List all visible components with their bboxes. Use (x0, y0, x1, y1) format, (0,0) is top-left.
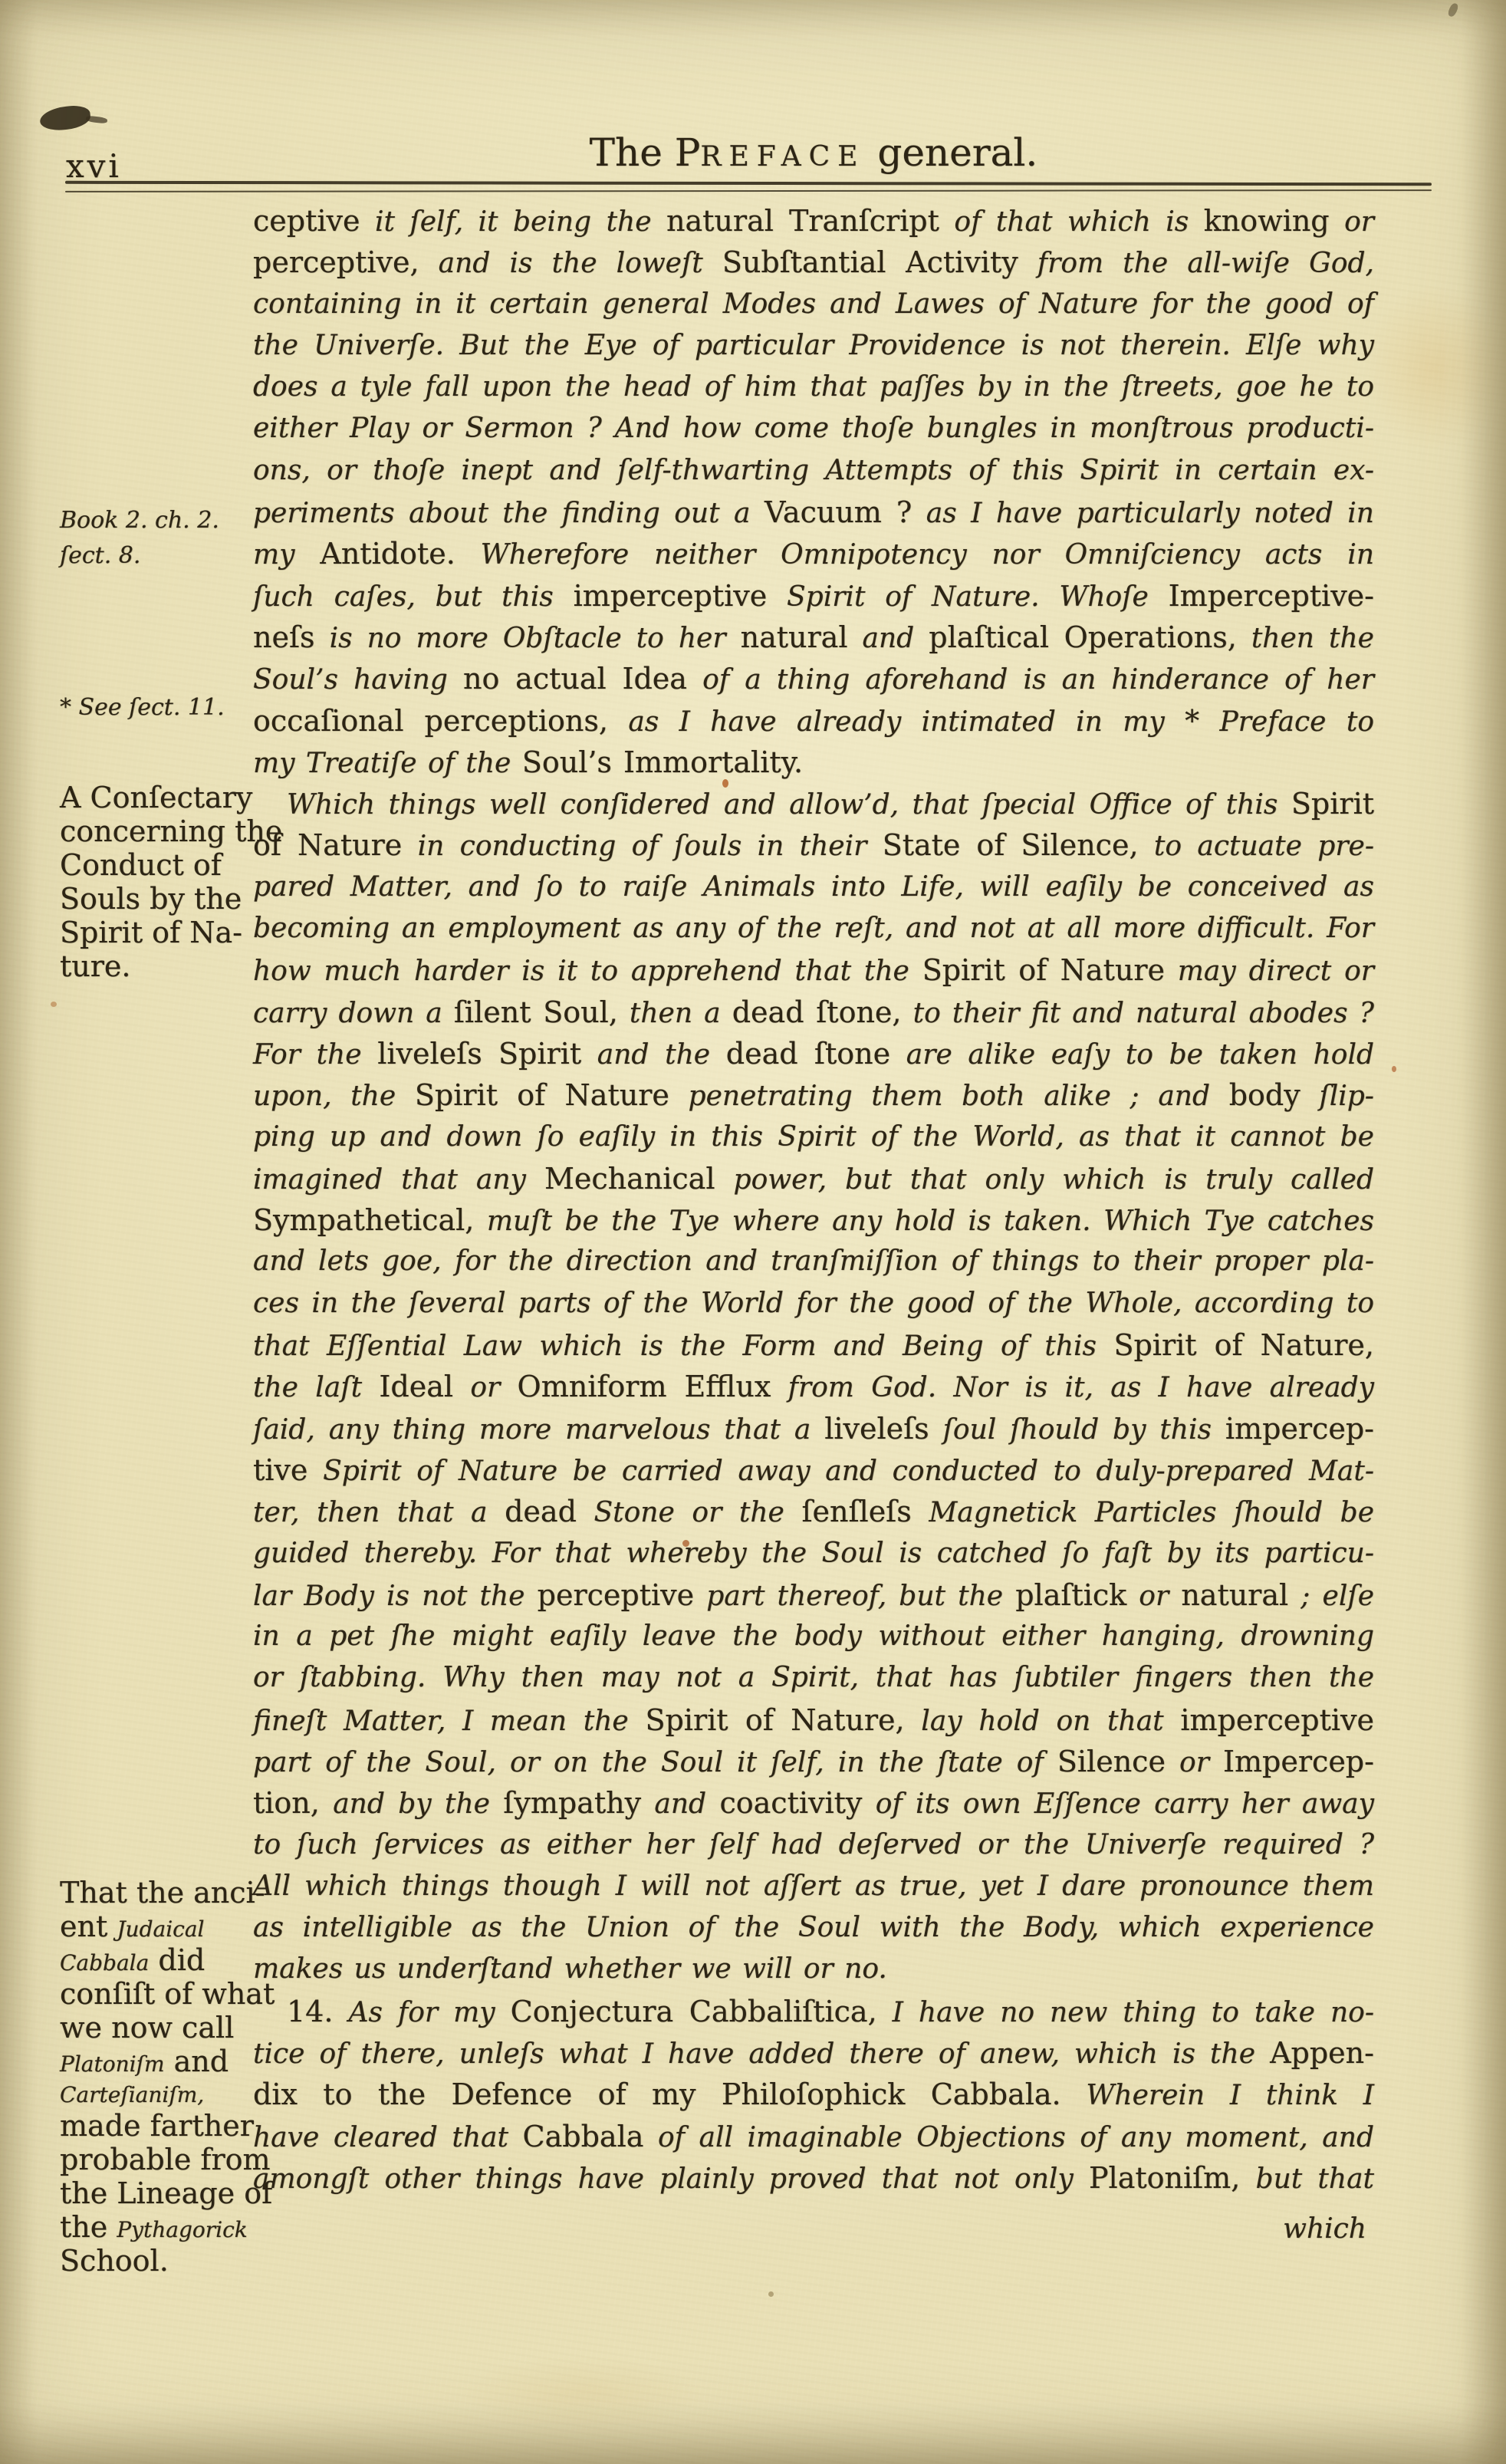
roman-text-segment: dead (505, 1495, 577, 1528)
italic-text-segment: or (1166, 1747, 1223, 1778)
margin-note-line: made farther (60, 2110, 253, 2144)
italic-text-segment: Spirit of Nature. Whoſe (767, 581, 1168, 613)
text-line: ceptive it ſelf, it being the natural Tr… (253, 200, 1374, 242)
roman-text-segment: did (149, 1943, 205, 1977)
text-line: upon, the Spirit of Nature penetrating t… (253, 1074, 1374, 1116)
roman-text-segment: ſenſleſs (801, 1495, 911, 1528)
italic-text-segment: the laſt (253, 1372, 379, 1403)
italic-text-segment: periments about the finding out a (253, 498, 765, 529)
italic-text-segment: as I have already intimated in my (608, 706, 1185, 738)
roman-text-segment: Spirit of Nature, (645, 1703, 904, 1737)
text-line: as intelligible as the Union of the Soul… (253, 1907, 1374, 1949)
roman-text-segment: Mechanical (544, 1162, 715, 1196)
margin-note: * See ſect. 11. (60, 690, 253, 725)
text-line: or ſtabbing. Why then may not a Spirit, … (253, 1657, 1374, 1699)
roman-text-segment: probable from (60, 2143, 271, 2176)
roman-text-segment: Ideal (379, 1370, 453, 1403)
italic-text-segment: Stone or the (577, 1497, 802, 1528)
italic-text-segment: of a thing aforehand is an hinderance of… (687, 664, 1374, 696)
margin-note-line: Book 2. ch. 2. (60, 503, 253, 538)
italic-text-segment: All which things though I will not aſſer… (253, 1870, 1374, 1902)
roman-text-segment: Spirit of Nature, (1113, 1328, 1374, 1362)
text-line: Soul’s having no actual Idea of a thing … (253, 658, 1374, 699)
margin-note-line: we now call (60, 2012, 253, 2046)
italic-text-segment: or (1126, 1581, 1181, 1612)
roman-text-segment: Spirit of Na- (60, 916, 242, 949)
italic-text-segment: part of the Soul, or on the Soul it ſelf… (253, 1747, 1057, 1778)
text-line: 14. As for my Conjectura Cabbaliſtica, I… (253, 1991, 1374, 2032)
header-rule-top (65, 181, 1432, 186)
roman-text-segment: Conjectura Cabbaliſtica, (511, 1995, 877, 2028)
roman-text-segment: Imperceptive- (1169, 579, 1374, 613)
running-title: The PREFACE general. (253, 130, 1374, 175)
italic-text-segment: As for my (333, 1997, 510, 2028)
book-page-scan: xvi The PREFACE general. Book 2. ch. 2.ſ… (0, 0, 1506, 2464)
italic-text-segment: Judaical (117, 1916, 204, 1942)
roman-text-segment: School. (60, 2244, 169, 2278)
roman-text-segment: no actual Idea (463, 662, 687, 696)
roman-text-segment: tion, (253, 1786, 320, 1820)
italic-text-segment: or (1330, 206, 1374, 238)
italic-text-segment: as I have particularly noted in (912, 498, 1374, 529)
italic-text-segment: Magnetick Particles ſhould be (912, 1497, 1374, 1528)
roman-text-segment: Spirit (1291, 787, 1374, 821)
margin-note: Book 2. ch. 2.ſect. 8. (60, 503, 253, 574)
roman-text-segment: That the anci- (60, 1876, 265, 1910)
text-line: does a tyle fall upon the head of him th… (253, 367, 1374, 408)
text-line: to ſuch ſervices as either her ſelf had … (253, 1824, 1374, 1866)
italic-text-segment: Which things well conſidered and allow’d… (287, 789, 1291, 821)
margin-note-line: Spirit of Na- (60, 917, 253, 951)
italic-text-segment: and the (581, 1039, 726, 1071)
text-line: tice of there, unleſs what I have added … (253, 2032, 1374, 2074)
italic-text-segment: lar Body is not the (253, 1581, 538, 1612)
italic-text-segment: ons, or thoſe inept and ſelf-thwarting A… (253, 455, 1374, 486)
roman-text-segment: concerning the (60, 814, 282, 848)
text-line: the Univerſe. But the Eye of particular … (253, 325, 1374, 367)
italic-text-segment: to ſuch ſervices as either her ſelf had … (253, 1829, 1374, 1860)
margin-note-line: probable from (60, 2144, 253, 2178)
margin-note-line: That the anci- (60, 1877, 253, 1911)
text-line: part of the Soul, or on the Soul it ſelf… (253, 1741, 1374, 1782)
margin-note-line: A Conſectary (60, 782, 253, 816)
italic-text-segment: ſect. 8. (60, 542, 140, 569)
italic-text-segment: power, but that only which is truly call… (715, 1164, 1374, 1196)
margin-note-line: Carteſianiſm, (60, 2080, 253, 2110)
roman-text-segment: we now call (60, 2011, 234, 2045)
text-line: tion, and by the ſympathy and coactivity… (253, 1782, 1374, 1824)
italic-text-segment: or ſtabbing. Why then may not a Spirit, … (253, 1662, 1374, 1693)
italic-text-segment: Pythagorick (117, 2217, 247, 2242)
italic-text-segment: lay hold on that (905, 1706, 1181, 1737)
text-line: periments about the finding out a Vacuum… (253, 492, 1374, 533)
roman-text-segment: Omniform Efflux (518, 1370, 771, 1403)
text-line: carry down a ſilent Soul, then a dead ſt… (253, 992, 1374, 1033)
italic-text-segment: Cabbala (60, 1950, 149, 1975)
margin-note-line: ent Judaical (60, 1911, 253, 1945)
italic-text-segment: my Treatiſe of the (253, 748, 522, 779)
text-line: ter, then that a dead Stone or the ſenſl… (253, 1491, 1374, 1532)
italic-text-segment: muſt be the Tye where any hold is taken.… (474, 1206, 1374, 1237)
roman-text-segment: perceptive (538, 1578, 694, 1612)
margin-note-line: the Lineage of (60, 2178, 253, 2212)
roman-text-segment: imperceptive (574, 579, 768, 613)
italic-text-segment: Soul’s having (253, 664, 463, 696)
italic-text-segment: from God. Nor is it, as I have already (771, 1372, 1374, 1403)
margin-note: A Conſectaryconcerning theConduct ofSoul… (60, 782, 253, 985)
italic-text-segment: of its own Eſſence carry her away (862, 1788, 1374, 1820)
text-line: containing in it certain general Modes a… (253, 284, 1374, 325)
roman-text-segment: Subſtantial Activity (722, 245, 1018, 279)
running-title-cap: P (675, 130, 701, 175)
italic-text-segment: that Eſſential Law which is the Form and… (253, 1331, 1113, 1362)
italic-text-segment: either Play or Sermon ? And how come tho… (253, 413, 1374, 444)
paper-stain (1365, 284, 1503, 452)
text-line: becoming an employment as any of the reſ… (253, 908, 1374, 949)
margin-notes-column: Book 2. ch. 2.ſect. 8.* See ſect. 11.A C… (0, 0, 253, 2464)
roman-text-segment: Spirit of Nature (415, 1078, 669, 1112)
text-line: either Play or Sermon ? And how come tho… (253, 408, 1374, 449)
italic-text-segment: ; elſe (1288, 1581, 1374, 1612)
catchword-line: which (253, 2213, 1366, 2245)
text-line: occaſional perceptions, as I have alread… (253, 700, 1374, 742)
text-line: of Nature in conducting of ſouls in thei… (253, 824, 1374, 866)
italic-text-segment: Platoniſm (60, 2051, 165, 2077)
roman-text-segment: Soul’s Immortality. (522, 745, 803, 779)
roman-text-segment: Souls by the (60, 882, 242, 916)
foxing-spot (1392, 1066, 1396, 1072)
roman-text-segment: Cabbala (523, 2120, 644, 2153)
italic-text-segment: Preface to (1199, 706, 1374, 738)
roman-text-segment: dix to the Defence of my Philoſophick Ca… (253, 2077, 1061, 2111)
roman-text-segment: ture. (60, 949, 130, 983)
italic-text-segment: of all imaginable Objections of any mome… (643, 2122, 1374, 2153)
margin-note-line: ſect. 8. (60, 538, 253, 574)
roman-text-segment: imperceptive (1180, 1703, 1374, 1737)
margin-note-line: * See ſect. 11. (60, 690, 253, 725)
margin-note-line: Platoniſm and (60, 2046, 253, 2080)
italic-text-segment: ſoul ſhould by this (929, 1414, 1225, 1446)
italic-text-segment: pared Matter, and ſo to raiſe Animals in… (253, 871, 1374, 903)
italic-text-segment: guided thereby. For that whereby the Sou… (253, 1538, 1374, 1569)
roman-text-segment: State of Silence, (883, 828, 1139, 862)
foxing-spot (768, 2291, 774, 2297)
italic-text-segment: Book 2. ch. 2. (60, 507, 219, 534)
text-line: how much harder is it to apprehend that … (253, 949, 1374, 991)
roman-text-segment: natural (1181, 1578, 1288, 1612)
roman-text-segment: plaſtical Operations, (929, 620, 1237, 654)
margin-note-line: Souls by the (60, 883, 253, 917)
body-text-column: ceptive it ſelf, it being the natural Tr… (253, 200, 1374, 2199)
italic-text-segment: to their fit and natural abodes ? (902, 998, 1374, 1029)
italic-text-segment: * See ſect. 11. (60, 694, 225, 721)
text-line: ons, or thoſe inept and ſelf-thwarting A… (253, 450, 1374, 492)
text-line: ſaid, any thing more marvelous that a li… (253, 1408, 1374, 1449)
margin-note: That the anci-ent JudaicalCabbala didcon… (60, 1877, 253, 2279)
italic-text-segment: is no more Obſtacle to her (315, 623, 741, 654)
roman-text-segment: body (1229, 1078, 1300, 1112)
italic-text-segment: my (253, 539, 320, 571)
roman-text-segment: dead ſtone, (732, 995, 902, 1029)
italic-text-segment: from the all-wiſe God, (1018, 248, 1374, 279)
roman-text-segment: Impercep- (1223, 1745, 1374, 1778)
text-line: in a pet ſhe might eaſily leave the body… (253, 1616, 1374, 1657)
italic-text-segment: does a tyle fall upon the head of him th… (253, 371, 1374, 403)
margin-note-line: ture. (60, 951, 253, 985)
text-line: Sympathetical, muſt be the Tye where any… (253, 1199, 1374, 1241)
roman-text-segment: coactivity (719, 1786, 862, 1820)
italic-text-segment: For the (253, 1039, 377, 1071)
roman-text-segment: 14. (287, 1995, 333, 2028)
roman-text-segment: the Lineage of (60, 2176, 272, 2210)
roman-text-segment: ſilent Soul, (454, 995, 618, 1029)
roman-text-segment: tive (253, 1453, 307, 1487)
running-title-the: The (590, 130, 675, 175)
italic-text-segment: part thereof, but the (694, 1581, 1015, 1612)
roman-text-segment: neſs (253, 620, 315, 654)
text-line: pared Matter, and ſo to raiſe Animals in… (253, 867, 1374, 908)
text-line: imagined that any Mechanical power, but … (253, 1158, 1374, 1199)
italic-text-segment: are alike eaſy to be taken hold (890, 1039, 1374, 1071)
text-line: fineſt Matter, I mean the Spirit of Natu… (253, 1699, 1374, 1741)
margin-note-line: the Pythagorick (60, 2212, 253, 2245)
italic-text-segment: ping up and down ſo eaſily in this Spiri… (253, 1121, 1374, 1153)
italic-text-segment: ſaid, any thing more marvelous that a (253, 1414, 824, 1446)
roman-text-segment: Conduct of (60, 848, 222, 882)
roman-text-segment: the (60, 2210, 117, 2244)
roman-text-segment: ent (60, 1910, 117, 1943)
italic-text-segment: in conducting of ſouls in their (402, 831, 882, 862)
text-line: my Antidote. Wherefore neither Omnipoten… (253, 533, 1374, 574)
paper-stain (460, 2354, 705, 2431)
roman-text-segment: knowing (1204, 204, 1330, 238)
roman-text-segment: natural (741, 620, 848, 654)
text-line: All which things though I will not aſſer… (253, 1866, 1374, 1907)
text-line: and lets goe, for the direction and tran… (253, 1241, 1374, 1282)
text-line: perceptive, and is the loweſt Subſtantia… (253, 242, 1374, 283)
italic-text-segment: and is the loweſt (419, 248, 722, 279)
scan-speck-artifact (1447, 2, 1460, 18)
roman-text-segment: liveleſs Spirit (377, 1037, 581, 1071)
italic-text-segment: Spirit of Nature be carried away and con… (307, 1456, 1374, 1487)
italic-text-segment: containing in it certain general Modes a… (253, 288, 1374, 320)
roman-text-segment: A Conſectary (60, 781, 252, 814)
italic-text-segment: Carteſianiſm, (60, 2082, 204, 2107)
roman-text-segment: Antidote. (320, 537, 455, 571)
margin-note-line: School. (60, 2245, 253, 2279)
italic-text-segment: becoming an employment as any of the reſ… (253, 913, 1374, 944)
italic-text-segment: ſlip- (1300, 1081, 1374, 1112)
italic-text-segment: it ſelf, it being the (360, 206, 666, 238)
running-title-caps: REFACE (700, 141, 865, 173)
roman-text-segment: made farther (60, 2109, 254, 2143)
italic-text-segment: fineſt Matter, I mean the (253, 1706, 645, 1737)
italic-text-segment: Wherein I think I (1061, 2080, 1374, 2111)
text-line: have cleared that Cabbala of all imagina… (253, 2116, 1374, 2157)
catchword: which (1283, 2213, 1366, 2245)
roman-text-segment: Sympathetical, (253, 1203, 474, 1237)
text-line: neſs is no more Obſtacle to her natural … (253, 617, 1374, 658)
margin-note-line: concerning the (60, 816, 253, 850)
italic-text-segment: and (847, 623, 929, 654)
italic-text-segment: imagined that any (253, 1164, 544, 1196)
italic-text-segment: how much harder is it to apprehend that … (253, 956, 922, 987)
roman-text-segment: ceptive (253, 204, 360, 238)
italic-text-segment: have cleared that (253, 2122, 523, 2153)
text-line: For the liveleſs Spirit and the dead ſto… (253, 1033, 1374, 1074)
italic-text-segment: of that which is (939, 206, 1204, 238)
italic-text-segment: Wherefore neither Omnipotency nor Omniſc… (455, 539, 1374, 571)
italic-text-segment: and (641, 1788, 719, 1820)
italic-text-segment: ter, then that a (253, 1497, 505, 1528)
roman-text-segment: perceptive, (253, 245, 419, 279)
roman-text-segment: of Nature (253, 828, 402, 862)
text-line: amongſt other things have plainly proved… (253, 2157, 1374, 2199)
italic-text-segment: then a (618, 998, 732, 1029)
roman-text-segment: Silence (1057, 1745, 1166, 1778)
text-line: makes us underſtand whether we will or n… (253, 1949, 1374, 1990)
roman-text-segment: and (165, 2045, 229, 2078)
italic-text-segment: but that (1240, 2163, 1374, 2195)
roman-text-segment: plaſtick (1015, 1578, 1126, 1612)
text-line: tive Spirit of Nature be carried away an… (253, 1449, 1374, 1491)
italic-text-segment: tice of there, unleſs what I have added … (253, 2038, 1270, 2070)
italic-text-segment: upon, the (253, 1081, 415, 1112)
italic-text-segment: amongſt other things have plainly proved… (253, 2163, 1089, 2195)
roman-text-segment: dead ſtone (726, 1037, 890, 1071)
text-line: ſuch caſes, but this imperceptive Spirit… (253, 575, 1374, 617)
roman-text-segment: Vacuum ? (765, 495, 912, 529)
header-rule-bottom (65, 189, 1432, 192)
italic-text-segment: may direct or (1165, 956, 1374, 987)
margin-note-line: Cabbala did (60, 1945, 253, 1979)
italic-text-segment: ces in the ſeveral parts of the World fo… (253, 1288, 1374, 1319)
italic-text-segment: penetrating them both alike ; and (669, 1081, 1229, 1112)
margin-note-line: Conduct of (60, 850, 253, 883)
roman-text-segment: ſympathy (503, 1786, 641, 1820)
text-line: ping up and down ſo eaſily in this Spiri… (253, 1117, 1374, 1158)
roman-text-segment: conſiſt of what (60, 1977, 275, 2011)
roman-text-segment: natural Tranſcript (666, 204, 939, 238)
italic-text-segment: makes us underſtand whether we will or n… (253, 1953, 887, 1985)
text-line: my Treatiſe of the Soul’s Immortality. (253, 742, 1374, 783)
text-line: guided thereby. For that whereby the Sou… (253, 1533, 1374, 1574)
italic-text-segment: and lets goe, for the direction and tran… (253, 1245, 1374, 1277)
roman-text-segment: liveleſs (824, 1412, 929, 1446)
roman-text-segment: * (1185, 704, 1199, 738)
italic-text-segment: to actuate pre- (1139, 831, 1374, 862)
italic-text-segment: ſuch caſes, but this (253, 581, 574, 613)
italic-text-segment: I have no new thing to take no- (877, 1997, 1374, 2028)
text-line: that Eſſential Law which is the Form and… (253, 1324, 1374, 1366)
roman-text-segment: occaſional perceptions, (253, 704, 608, 738)
italic-text-segment: in a pet ſhe might eaſily leave the body… (253, 1620, 1374, 1652)
italic-text-segment: or (453, 1372, 518, 1403)
margin-note-line: conſiſt of what (60, 1979, 253, 2012)
text-line: ces in the ſeveral parts of the World fo… (253, 1283, 1374, 1324)
text-line: the laſt Ideal or Omniform Efflux from G… (253, 1366, 1374, 1407)
italic-text-segment: then the (1237, 623, 1374, 654)
text-line: lar Body is not the perceptive part ther… (253, 1574, 1374, 1616)
italic-text-segment: and by the (320, 1788, 503, 1820)
roman-text-segment: Appen- (1270, 2036, 1374, 2070)
italic-text-segment: as intelligible as the Union of the Soul… (253, 1912, 1374, 1943)
text-line: Which things well conſidered and allow’d… (253, 783, 1374, 824)
italic-text-segment: carry down a (253, 998, 454, 1029)
roman-text-segment: impercep- (1225, 1412, 1374, 1446)
roman-text-segment: Platoniſm, (1089, 2161, 1240, 2195)
italic-text-segment: the Univerſe. But the Eye of particular … (253, 330, 1374, 361)
running-title-tail: general. (865, 130, 1037, 175)
roman-text-segment: Spirit of Nature (922, 953, 1165, 987)
text-line: dix to the Defence of my Philoſophick Ca… (253, 2074, 1374, 2115)
